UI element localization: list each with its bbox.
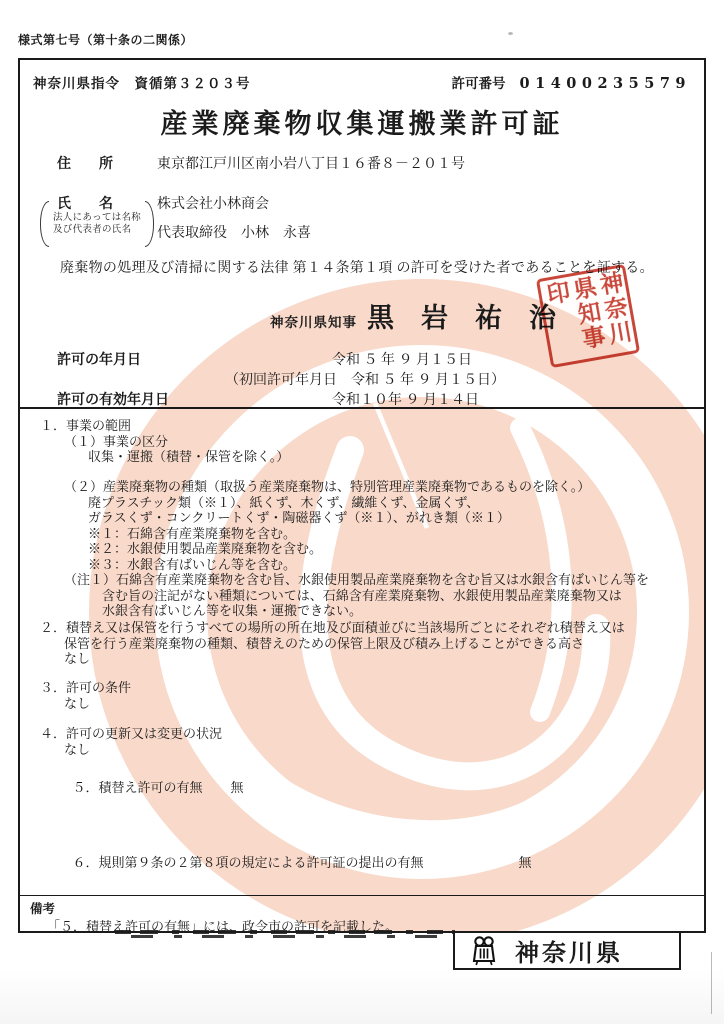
artifact-dash-row1	[115, 930, 455, 934]
scan-speck	[508, 32, 513, 35]
section1-2-chu1-line1: （注１）石綿含有産業廃棄物を含む旨、水銀使用製品産業廃棄物を含む旨又は水銀含有ば…	[20, 572, 696, 588]
corporate-note-line1: 法人にあっては名称	[53, 212, 145, 225]
section-divider-line	[20, 407, 704, 409]
initial-grant-date-line: （初回許可年月日 令和 ５ 年 ９ 月１５日）	[225, 369, 505, 389]
representative-value: 代表取締役 小林 永喜	[157, 222, 311, 242]
address-value: 東京都江戸川区南小岩八丁目１６番８－２０１号	[157, 153, 465, 173]
governor-seal-stamp: 神奈川県知事印	[536, 264, 640, 368]
section1-2-chu1-line2: 含む旨の注記がない種類については、石綿含有産業廃棄物、水銀使用製品産業廃棄物又は	[20, 588, 696, 604]
corporate-note-text: 法人にあっては名称 及び代表者の氏名	[49, 201, 145, 247]
right-paren-shape	[145, 201, 154, 247]
box-header-row: 神奈川県指令 資循第３２０３号 許可番号 01400235579	[33, 72, 691, 92]
section1-2-note2: ※２：水銀使用製品産業廃棄物を含む。	[20, 541, 696, 557]
address-label: 住 所	[57, 153, 113, 173]
section4-heading: ４．許可の更新又は変更の状況	[20, 726, 696, 742]
section1-heading: １．事業の範囲	[20, 418, 696, 434]
grant-date-value: 令和 ５ 年 ９ 月１５日	[332, 349, 472, 369]
section1-2-line2: ガラスくず・コンクリートくず・陶磁器くず（※１）、がれき類（※１）	[20, 510, 696, 526]
prefecture-name: 神奈川県	[515, 933, 623, 968]
permit-main-box: 神奈川県指令 資循第３２０３号 許可番号 01400235579 産業廃棄物収集…	[18, 58, 706, 933]
artifact-dash-row2	[124, 935, 455, 938]
expiry-date-label: 許可の有効年月日	[57, 389, 169, 409]
section6-row: ６．規則第９条の２第８項の規定による許可証の提出の有無無	[20, 839, 696, 886]
section1-2-line1: 廃プラスチック類（※１）、紙くず、木くず、繊維くず、金属くず、	[20, 495, 696, 511]
governor-signature-row: 神奈川県知事 黒 岩 祐 治	[270, 296, 556, 335]
governor-title: 神奈川県知事	[270, 311, 357, 331]
section4-value: なし	[20, 742, 696, 758]
expiry-date-value: 令和１０年 ９ 月１４日	[332, 389, 479, 409]
permit-content: 神奈川県指令 資循第３２０３号 許可番号 01400235579 産業廃棄物収集…	[20, 60, 704, 931]
permit-number-value: 01400235579	[520, 75, 691, 92]
left-paren-shape	[40, 201, 49, 247]
section6-label: ６．規則第９条の２第８項の規定による許可証の提出の有無	[73, 855, 424, 870]
section6-value: 無	[519, 855, 532, 870]
kanagawa-emblem-icon	[471, 935, 497, 967]
permit-document-page: 様式第七号（第十条の二関係） 神奈川県指令 資循第３２０３号 許可番号 0140…	[0, 0, 724, 1024]
section1-2-note3: ※３：水銀含有ばいじん等を含む。	[20, 557, 696, 573]
section1-2-chu1-line3: 水銀含有ばいじん等を収集・運搬できない。	[20, 603, 696, 619]
page-title: 産業廃棄物収集運搬業許可証	[20, 102, 704, 141]
section1-2-heading: （２）産業廃棄物の種類（取扱う産業廃棄物は、特別管理産業廃棄物であるものを除く。…	[20, 479, 696, 495]
directive-number: 神奈川県指令 資循第３２０３号	[33, 72, 251, 92]
governor-name: 黒 岩 祐 治	[367, 296, 556, 335]
prefecture-stamp-box: 神奈川県	[453, 931, 681, 970]
section2-line1: ２．積替え又は保管を行うすべての場所の所在地及び面積並びに当該場所ごとにそれぞれ…	[20, 620, 696, 636]
section2-value: なし	[20, 651, 696, 667]
governor-seal-text: 神奈川県知事印	[541, 270, 635, 363]
section5-value: 無	[231, 780, 244, 795]
permit-number-label: 許可番号	[452, 72, 506, 92]
section1-2-note1: ※１：石綿含有産業廃棄物を含む。	[20, 526, 696, 542]
section2-line2: 保管を行う産業廃棄物の種類、積替えのための保管上限及び積み上げることができる高さ	[20, 636, 696, 652]
section5-label: ５．積替え許可の有無	[73, 780, 203, 795]
permit-number-group: 許可番号 01400235579	[452, 72, 691, 92]
scan-bottom-shade	[0, 969, 724, 1024]
section3-value: なし	[20, 696, 696, 712]
print-artifact-strip	[115, 929, 455, 938]
remarks-label: 備考	[30, 899, 55, 917]
grant-date-label: 許可の年月日	[57, 349, 141, 369]
remarks-divider-line	[20, 895, 704, 896]
section5-row: ５．積替え許可の有無無	[20, 764, 696, 811]
section1-1-heading: （１）事業の区分	[20, 434, 696, 450]
corporate-note-bracket: 法人にあっては名称 及び代表者の氏名	[40, 201, 154, 247]
form-number: 様式第七号（第十条の二関係）	[18, 31, 193, 48]
name-value: 株式会社小林商会	[157, 193, 269, 213]
section1-1-body: 収集・運搬（積替・保管を除く。）	[20, 449, 696, 465]
permit-sections: １．事業の範囲 （１）事業の区分 収集・運搬（積替・保管を除く。） （２）産業廃…	[20, 418, 696, 886]
section3-heading: ３．許可の条件	[20, 680, 696, 696]
corporate-note-line2: 及び代表者の氏名	[53, 224, 145, 237]
